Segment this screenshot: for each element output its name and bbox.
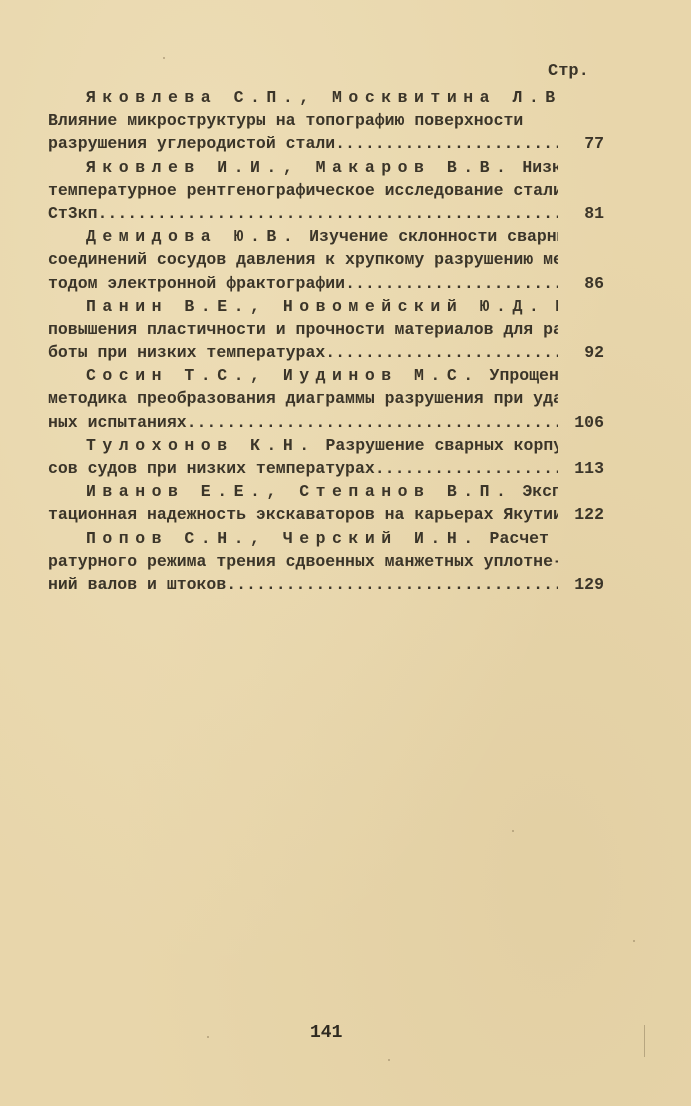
entry-first-line: Иванов Е.Е., Степанов В.П. Эксплуа- [48, 480, 558, 503]
scan-speck [388, 1059, 390, 1061]
entry-page-number: 81 [584, 202, 604, 225]
entry-line: температурное рентгенографическое исслед… [48, 179, 558, 202]
leader-dots: ........................................… [345, 274, 558, 293]
entry-first-line: Попов С.Н., Черский И.Н. Расчет темпе- [48, 527, 558, 550]
entry-text: Изучение склонности сварных [299, 227, 558, 246]
scan-speck [512, 830, 514, 832]
entry-text: ний валов и штоков [48, 575, 226, 594]
entry-text: Разрушение сварных корпу- [316, 436, 558, 455]
entry-page-number: 129 [574, 573, 604, 596]
entry-line: ний валов и штоков......................… [48, 573, 558, 596]
entry-line: Ст3кп...................................… [48, 202, 558, 225]
entry-line: ратурного режима трения сдвоенных манжет… [48, 550, 558, 573]
entry-page-number: 77 [584, 132, 604, 155]
entry-authors: Демидова Ю.В. [86, 227, 299, 246]
toc-entry: Яковлева С.П., Москвитина Л.В.Влияние ми… [48, 86, 618, 156]
entry-page-number: 113 [574, 457, 604, 480]
entry-authors: Тулохонов К.Н. [86, 436, 316, 455]
entry-text: Упрощенная [480, 366, 558, 385]
entry-text: соединений сосудов давления к хрупкому р… [48, 250, 558, 269]
entry-text: повышения пластичности и прочности матер… [48, 320, 558, 339]
entry-text: температурное рентгенографическое исслед… [48, 181, 558, 200]
entry-text: сов судов при низких температурах [48, 459, 375, 478]
entry-authors: Иванов Е.Е., Степанов В.П. [86, 482, 512, 501]
entry-first-line: Демидова Ю.В. Изучение склонности сварны… [48, 225, 558, 248]
toc-entry: Иванов Е.Е., Степанов В.П. Эксплуа-тацио… [48, 480, 618, 526]
entry-first-line: Сосин Т.С., Иудинов М.С. Упрощенная [48, 364, 558, 387]
entry-text: методика преобразования диаграммы разруш… [48, 389, 558, 408]
scan-speck [163, 57, 165, 59]
leader-dots: ........................................… [226, 575, 558, 594]
entry-text: тодом электронной фрактографии [48, 274, 345, 293]
entry-text: Эксплуа- [512, 482, 558, 501]
leader-dots: ........................................… [325, 343, 558, 362]
toc-entry: Сосин Т.С., Иудинов М.С. Упрощеннаяметод… [48, 364, 618, 434]
toc-entry: Тулохонов К.Н. Разрушение сварных корпу-… [48, 434, 618, 480]
table-of-contents: Яковлева С.П., Москвитина Л.В.Влияние ми… [48, 86, 618, 596]
entry-page-number: 122 [574, 503, 604, 526]
entry-authors: Сосин Т.С., Иудинов М.С. [86, 366, 480, 385]
document-page: Стр. Яковлева С.П., Москвитина Л.В.Влиян… [0, 0, 691, 1106]
entry-text: боты при низких температурах [48, 343, 325, 362]
entry-first-line: Тулохонов К.Н. Разрушение сварных корпу- [48, 434, 558, 457]
entry-page-number: 92 [584, 341, 604, 364]
entry-text: Пути [545, 297, 558, 316]
entry-text: тационная надежность экскаваторов на кар… [48, 505, 558, 524]
scan-mark [644, 1025, 645, 1057]
toc-entry: Яковлев И.И., Макаров В.В. Низко-темпера… [48, 156, 618, 226]
entry-text: разрушения углеродистой стали [48, 134, 335, 153]
entry-line: тодом электронной фрактографии..........… [48, 272, 558, 295]
entry-first-line: Яковлев И.И., Макаров В.В. Низко- [48, 156, 558, 179]
entry-text: Влияние микроструктуры на топографию пов… [48, 111, 523, 130]
entry-text: Низко- [512, 158, 558, 177]
scan-speck [633, 940, 635, 942]
toc-entry: Попов С.Н., Черский И.Н. Расчет темпе-ра… [48, 527, 618, 597]
entry-line: боты при низких температурах............… [48, 341, 558, 364]
entry-line: Влияние микроструктуры на топографию пов… [48, 109, 558, 132]
entry-line: разрушения углеродистой стали...........… [48, 132, 558, 155]
toc-entry: Панин В.Е., Новомейский Ю.Д. Путиповышен… [48, 295, 618, 365]
entry-line: соединений сосудов давления к хрупкому р… [48, 248, 558, 271]
leader-dots: ........................................… [98, 204, 558, 223]
scan-speck [207, 1036, 209, 1038]
entry-authors: Попов С.Н., Черский И.Н. [86, 529, 480, 548]
entry-page-number: 106 [574, 411, 604, 434]
entry-line: повышения пластичности и прочности матер… [48, 318, 558, 341]
entry-text: ратурного режима трения сдвоенных манжет… [48, 552, 558, 571]
entry-line: тационная надежность экскаваторов на кар… [48, 503, 558, 526]
entry-authors: Яковлева С.П., Москвитина Л.В. [86, 88, 558, 107]
entry-text: Расчет темпе- [480, 529, 558, 548]
entry-authors: Панин В.Е., Новомейский Ю.Д. [86, 297, 545, 316]
entry-line: методика преобразования диаграммы разруш… [48, 387, 558, 410]
toc-entry: Демидова Ю.В. Изучение склонности сварны… [48, 225, 618, 295]
entry-text: ных испытаниях [48, 413, 187, 432]
entry-line: сов судов при низких температурах.......… [48, 457, 558, 480]
leader-dots: ........................................… [187, 413, 558, 432]
entry-authors: Яковлев И.И., Макаров В.В. [86, 158, 512, 177]
leader-dots: ........................................… [335, 134, 558, 153]
leader-dots: ........................................… [375, 459, 558, 478]
page-number: 141 [310, 1023, 342, 1043]
entry-text: Ст3кп [48, 204, 98, 223]
entry-first-line: Яковлева С.П., Москвитина Л.В. [48, 86, 558, 109]
entry-page-number: 86 [584, 272, 604, 295]
entry-first-line: Панин В.Е., Новомейский Ю.Д. Пути [48, 295, 558, 318]
entry-line: ных испытаниях..........................… [48, 411, 558, 434]
page-column-label: Стр. [548, 62, 589, 81]
